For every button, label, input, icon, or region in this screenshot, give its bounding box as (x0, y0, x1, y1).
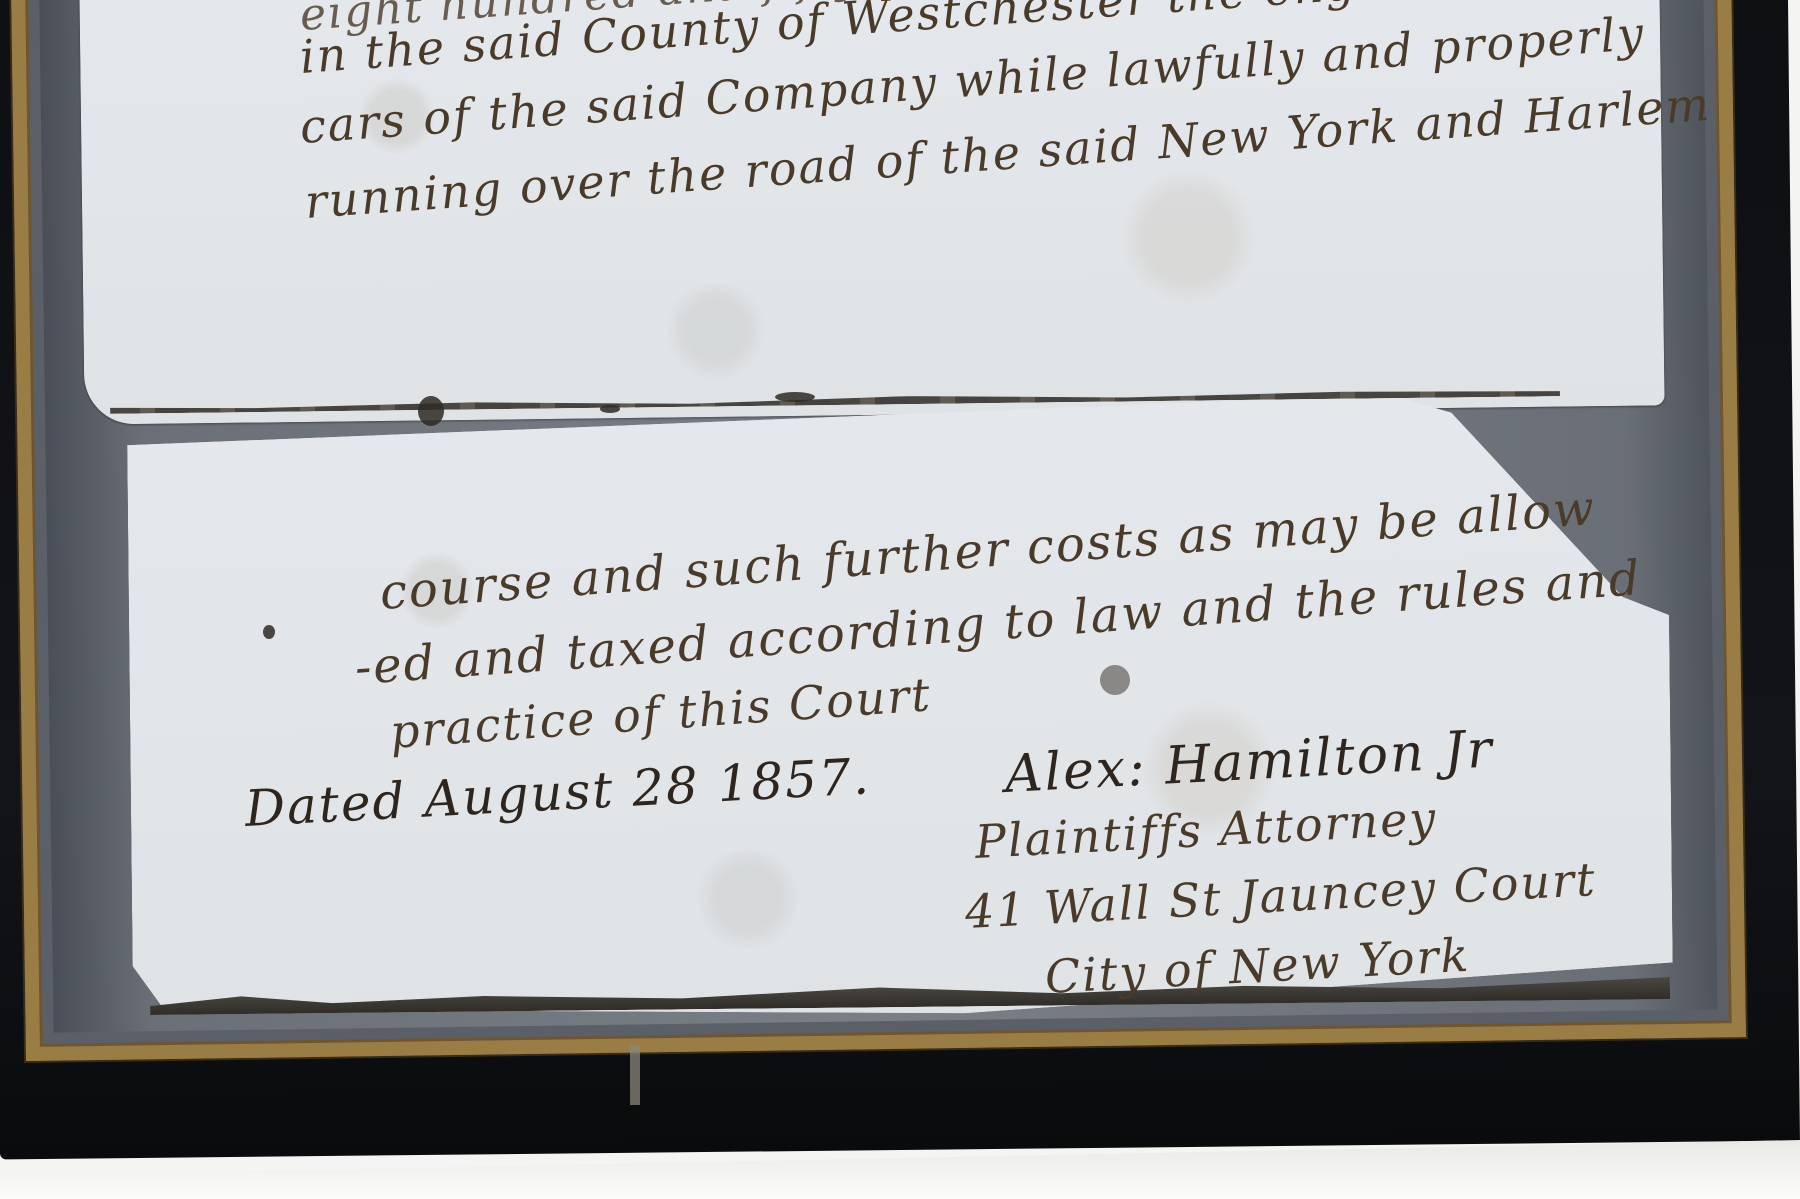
ink-stain (600, 405, 620, 413)
ink-stain (775, 392, 815, 402)
ink-stain (418, 396, 444, 426)
frame-scratch-mark (630, 1045, 640, 1105)
ink-stain (263, 625, 275, 639)
ink-stain (1100, 665, 1130, 695)
